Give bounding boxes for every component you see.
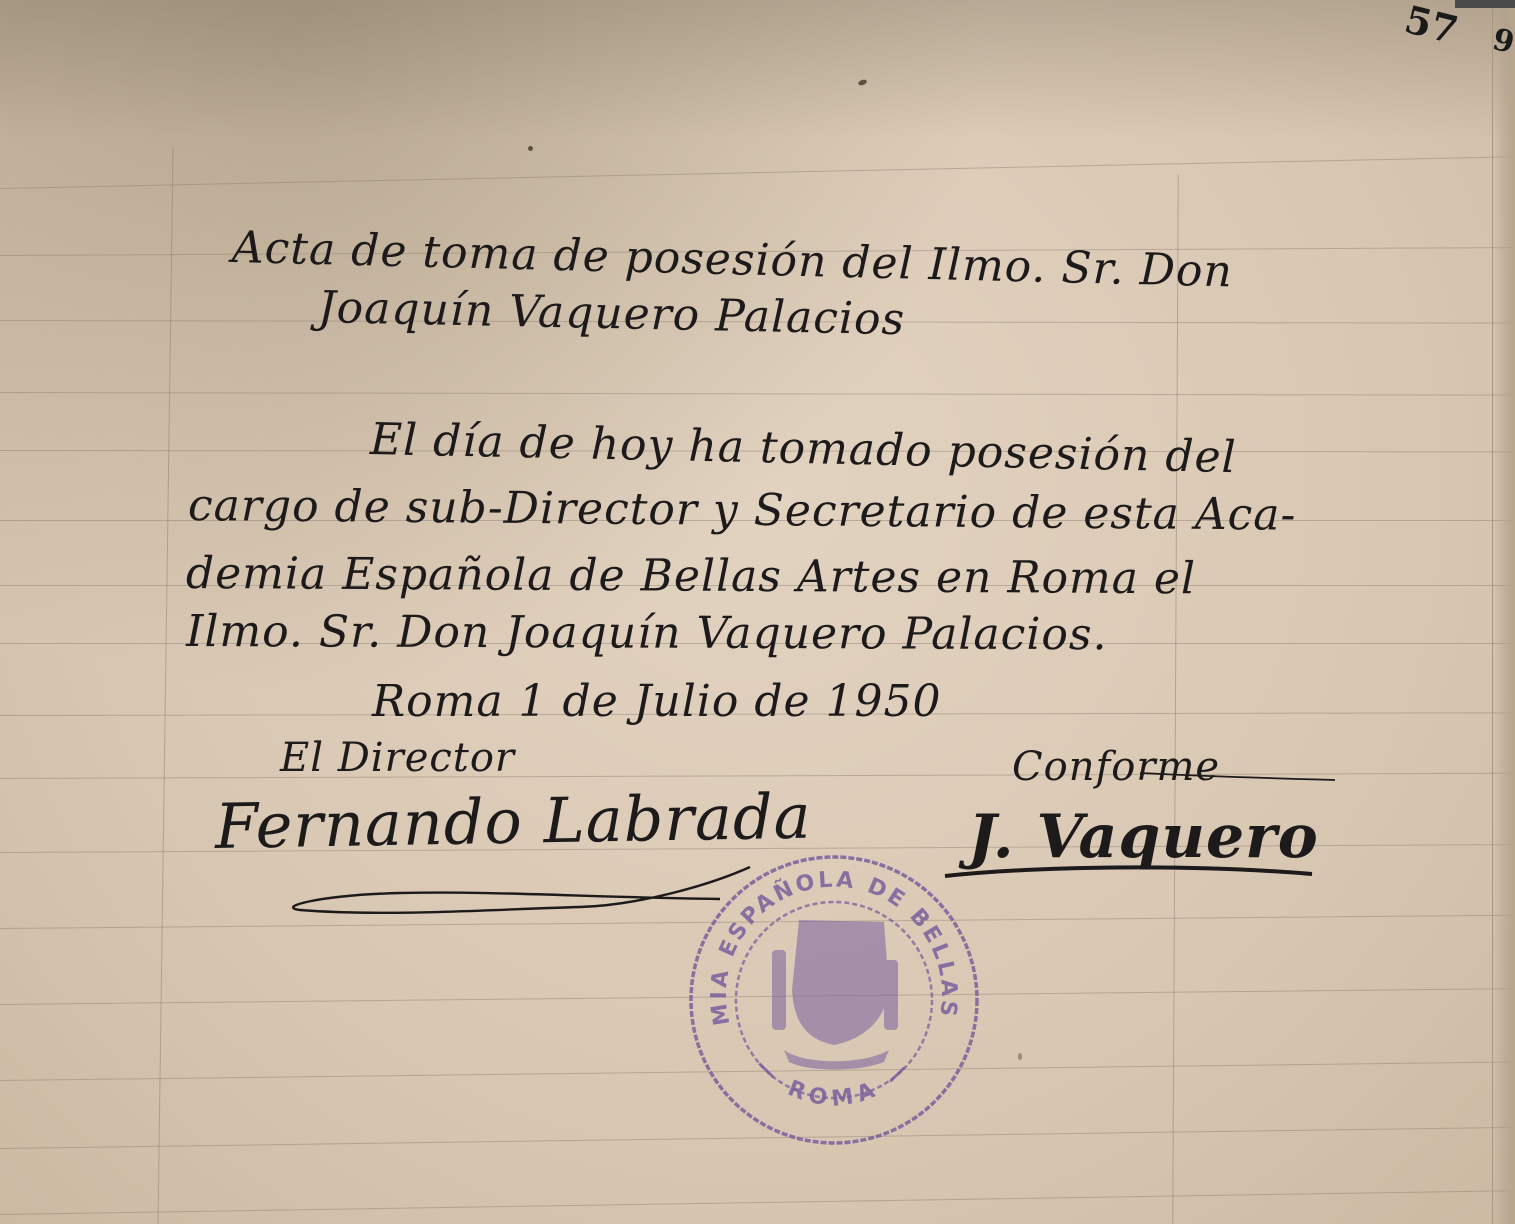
vaquero-signature-underline — [940, 860, 1320, 890]
body-line-3: demia Española de Bellas Artes en Roma e… — [186, 548, 1196, 604]
right-margin-line — [1172, 175, 1178, 1224]
academy-seal-stamp: ACADEMIA ESPAÑOLA DE BELLAS ARTES — ROMA… — [684, 850, 984, 1150]
coat-of-arms-emblem — [772, 920, 898, 1070]
body-line-1: El día de hoy ha tomado posesión del — [369, 414, 1237, 483]
document-title-line-2: Joaquín Vaquero Palacios — [317, 282, 905, 345]
conforme-underline — [1140, 768, 1340, 788]
adjacent-page-corner — [1455, 0, 1515, 8]
ledger-page: 57 9 Acta de toma de posesión del Ilmo. … — [0, 0, 1515, 1224]
ruled-line — [0, 156, 1515, 189]
page-shadow — [0, 0, 1515, 140]
left-margin-line — [157, 148, 173, 1224]
director-role-label: El Director — [280, 735, 515, 781]
ruled-line — [0, 392, 1515, 396]
adjacent-page-edge — [1492, 0, 1515, 1224]
paper-speck — [528, 146, 533, 151]
paper-speck — [1018, 1053, 1022, 1060]
body-line-4: Ilmo. Sr. Don Joaquín Vaquero Palacios. — [186, 606, 1108, 660]
date-line: Roma 1 de Julio de 1950 — [372, 676, 942, 727]
ruled-line — [0, 1190, 1515, 1215]
body-line-2: cargo de sub-Director y Secretario de es… — [188, 480, 1297, 541]
